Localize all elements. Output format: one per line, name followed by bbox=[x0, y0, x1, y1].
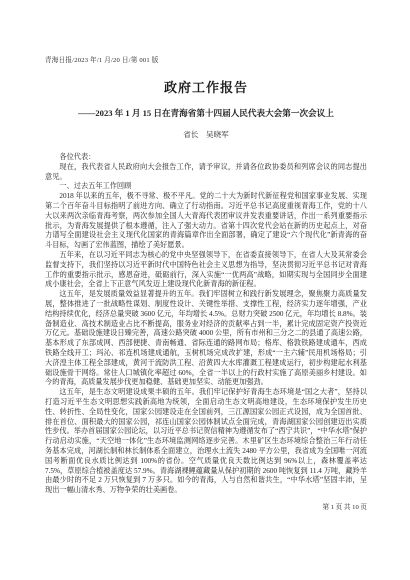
section-heading: 一、过去五年工作回顾 bbox=[45, 182, 367, 192]
masthead-source-line: 青海日报/2023 年/1 月/20 日/第 001 版 bbox=[45, 54, 367, 64]
document-page: 青海日报/2023 年/1 月/20 日/第 001 版 政府工作报告 ——20… bbox=[0, 0, 410, 580]
report-body: 各位代表： 现在，我代表省人民政府向大会报告工作，请予审议，并请各位政协委员和列… bbox=[45, 153, 367, 496]
byline-author: 省长 吴晓军 bbox=[45, 129, 367, 140]
report-title: 政府工作报告 bbox=[45, 77, 367, 96]
report-subtitle: ——2023 年 1 月 15 日在青海省第十四届人民代表大会第一次会议上 bbox=[45, 107, 367, 119]
body-paragraph: 2018 年以来的五年，极不寻常、极不平凡。党的二十大为新时代新征程党和国家事业… bbox=[45, 192, 367, 251]
body-paragraph: 这五年，是发展质量效益显著提升的五年。我们牢固树立和践行新发展理念，聚焦聚力高质… bbox=[45, 290, 367, 388]
salutation: 各位代表： bbox=[45, 153, 367, 163]
body-paragraph: 这五年，是生态文明建设成果丰硕的五年。我们牢记保护好青海生态环境是“国之大者”，… bbox=[45, 388, 367, 496]
body-paragraph: 五年来，在以习近平同志为核心的党中央坚强领导下，在省委直接领导下，在省人大及其常… bbox=[45, 251, 367, 290]
document-content: 青海日报/2023 年/1 月/20 日/第 001 版 政府工作报告 ——20… bbox=[45, 54, 367, 496]
page-number-indicator: 第 1 页 共 10 页 bbox=[322, 501, 367, 511]
intro-paragraph: 现在，我代表省人民政府向大会报告工作，请予审议，并请各位政协委员和列席会议的同志… bbox=[45, 163, 367, 183]
